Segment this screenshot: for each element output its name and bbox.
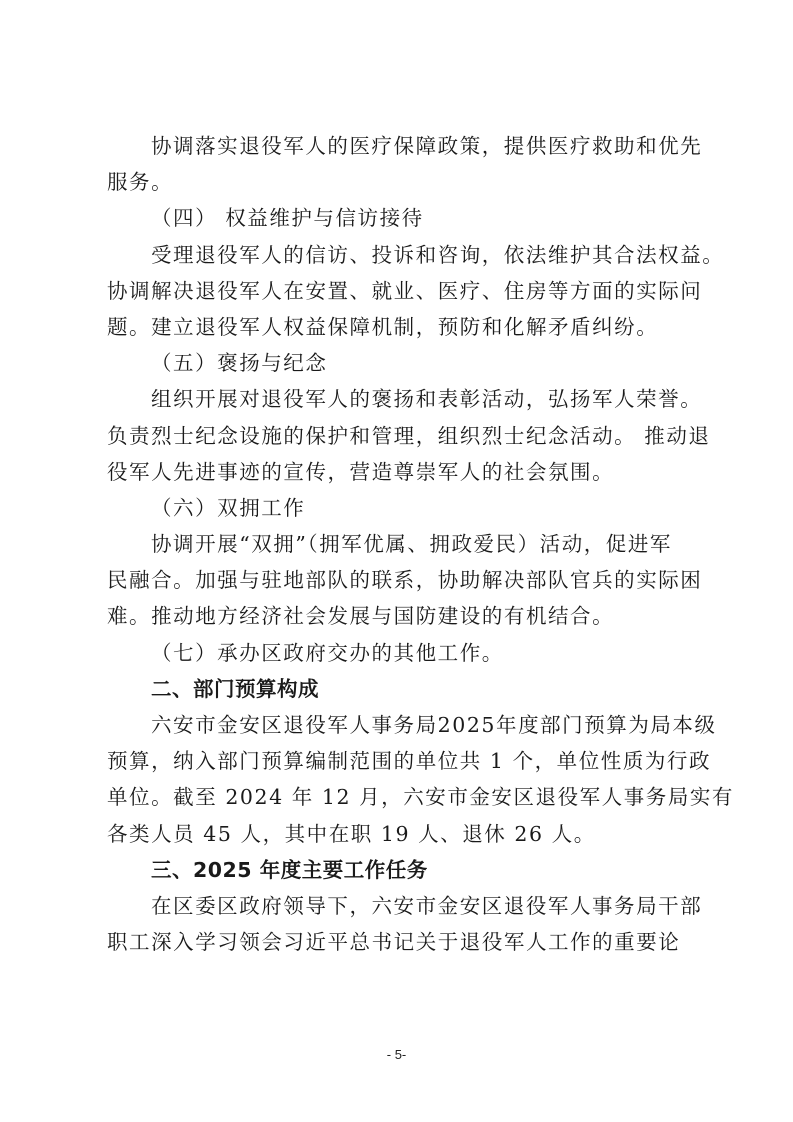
body-line: 民融合。加强与驻地部队的联系，协助解决部队官兵的实际困 [107,562,687,598]
section-subheading: （五）褒扬与纪念 [107,345,687,381]
body-line: 难。推动地方经济社会发展与国防建设的有机结合。 [107,598,687,634]
body-line: 役军人先进事迹的宣传，营造尊崇军人的社会氛围。 [107,454,687,490]
body-line: 各类人员 45 人，其中在职 19 人、退休 26 人。 [107,816,687,852]
page-number: - 5- [0,1047,793,1062]
body-line: 职工深入学习领会习近平总书记关于退役军人工作的重要论 [107,924,687,960]
section-heading: 三、2025 年度主要工作任务 [107,852,687,888]
body-line: 负责烈士纪念设施的保护和管理，组织烈士纪念活动。 推动退 [107,418,687,454]
body-line: 题。建立退役军人权益保障机制，预防和化解矛盾纠纷。 [107,309,687,345]
body-line: 服务。 [107,164,687,200]
section-subheading: （六）双拥工作 [107,490,687,526]
section-subheading: （四） 权益维护与信访接待 [107,200,687,236]
section-subheading: （七）承办区政府交办的其他工作。 [107,635,687,671]
body-line: 协调落实退役军人的医疗保障政策，提供医疗救助和优先 [107,128,687,164]
body-line: 六安市金安区退役军人事务局2025年度部门预算为局本级 [107,707,687,743]
body-line: 协调开展“双拥”（拥军优属、拥政爱民）活动，促进军 [107,526,687,562]
body-line: 单位。截至 2024 年 12 月，六安市金安区退役军人事务局实有 [107,779,687,815]
body-line: 预算，纳入部门预算编制范围的单位共 1 个，单位性质为行政 [107,743,687,779]
body-line: 在区委区政府领导下，六安市金安区退役军人事务局干部 [107,888,687,924]
section-heading: 二、部门预算构成 [107,671,687,707]
body-line: 受理退役军人的信访、投诉和咨询，依法维护其合法权益。 [107,237,687,273]
document-page: 协调落实退役军人的医疗保障政策，提供医疗救助和优先 服务。 （四） 权益维护与信… [107,128,687,960]
body-line: 组织开展对退役军人的褒扬和表彰活动，弘扬军人荣誉。 [107,381,687,417]
body-line: 协调解决退役军人在安置、就业、医疗、住房等方面的实际问 [107,273,687,309]
